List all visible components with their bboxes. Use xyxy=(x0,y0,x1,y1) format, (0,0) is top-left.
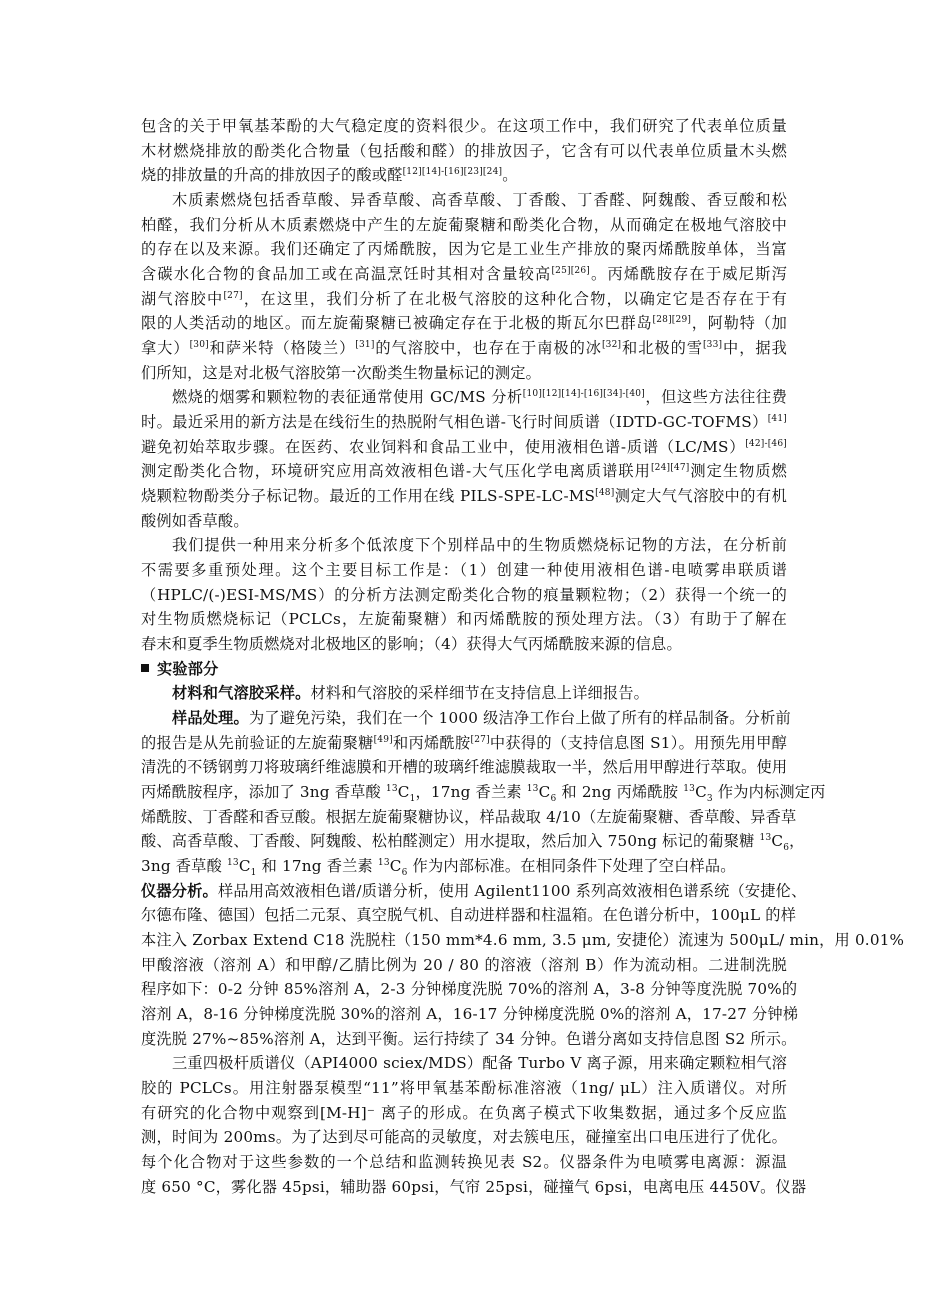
subsection-lead: 样品处理。 xyxy=(172,709,249,727)
citation: [41] xyxy=(768,414,787,424)
text-line: 胶的 PCLCs。用注射器泵模型“11”将甲氧基苯酚标准溶液（1ng/ μL）注… xyxy=(141,1076,787,1100)
subsection-lead: 材料和气溶胶采样。 xyxy=(172,684,311,702)
citation: [25][26] xyxy=(551,266,590,276)
text-line: 溶剂 A，8-16 分钟梯度洗脱 30%的溶剂 A，16-17 分钟梯度洗脱 0… xyxy=(141,1002,787,1026)
text-line: 包含的关于甲氧基苯酚的大气稳定度的资料很少。在这项工作中，我们研究了代表单位质量 xyxy=(141,114,787,138)
text-line: 3ng 香草酸 13C1 和 17ng 香兰素 13C6 作为内部标准。在相同条… xyxy=(141,854,787,878)
text-line: 测，时间为 200ms。为了达到尽可能高的灵敏度，对去簇电压，碰撞室出口电压进行… xyxy=(141,1125,787,1149)
text-line: 度洗脱 27%~85%溶剂 A，达到平衡。运行持续了 34 分钟。色谱分离如支持… xyxy=(141,1027,787,1051)
text-line: 度 650 °C，雾化器 45psi，辅助器 60psi，气帘 25psi，碰撞… xyxy=(141,1175,787,1199)
text-line: 的存在以及来源。我们还确定了丙烯酰胺，因为它是工业生产排放的聚丙烯酰胺单体，当富 xyxy=(141,237,787,261)
text-line: 烧的排放量的升高的排放因子的酸或醛[12][14]-[16][23][24]。 xyxy=(141,163,787,187)
text-line: 春末和夏季生物质燃烧对北极地区的影响；（4）获得大气丙烯酰胺来源的信息。 xyxy=(141,632,787,656)
text-line: 烧颗粒物酚类分子标记物。最近的工作用在线 PILS-SPE-LC-MS[48]测… xyxy=(141,484,787,508)
text-line: 有研究的化合物中观察到[M-H]⁻ 离子的形成。在负离子模式下收集数据，通过多个… xyxy=(141,1101,787,1125)
citation: [30] xyxy=(190,340,209,350)
citation: [32] xyxy=(602,340,621,350)
text-line: 的报告是从先前验证的左旋葡聚糖[49]和丙烯酰胺[27]中获得的（支持信息图 S… xyxy=(141,731,787,755)
text-line: 木质素燃烧包括香草酸、异香草酸、高香草酸、丁香酸、丁香醛、阿魏酸、香豆酸和松 xyxy=(172,188,787,212)
text-line: 清洗的不锈钢剪刀将玻璃纤维滤膜和开槽的玻璃纤维滤膜裁取一半，然后用甲醇进行萃取。… xyxy=(141,755,787,779)
text-line: 我们提供一种用来分析多个低浓度下个别样品中的生物质燃烧标记物的方法，在分析前 xyxy=(172,533,787,557)
text-line: 对生物质燃烧标记（PCLCs，左旋葡聚糖）和丙烯酰胺的预处理方法。（3）有助于了… xyxy=(141,607,787,631)
text-line: 湖气溶胶中[27]，在这里，我们分析了在北极气溶胶的这种化合物，以确定它是否存在… xyxy=(141,287,787,311)
citation: [27] xyxy=(223,291,242,301)
text-line: 三重四极杆质谱仪（API4000 sciex/MDS）配备 Turbo V 离子… xyxy=(172,1051,787,1075)
section-heading: 实验部分 xyxy=(141,657,787,681)
subsection-lead: 仪器分析。 xyxy=(141,882,218,900)
document-page: 包含的关于甲氧基苯酚的大气稳定度的资料很少。在这项工作中，我们研究了代表单位质量… xyxy=(0,0,926,1309)
citation: [10][12][14]-[16][34]-[40] xyxy=(523,389,645,399)
citation: [28][29] xyxy=(653,315,692,325)
text-line: 含碳水化合物的食品加工或在高温烹饪时其相对含量较高[25][26]。丙烯酰胺存在… xyxy=(141,262,787,286)
text-line: 丙烯酰胺程序，添加了 3ng 香草酸 13C1，17ng 香兰素 13C6 和 … xyxy=(141,780,787,804)
text-line: 柏醛，我们分析从木质素燃烧中产生的左旋葡聚糖和酚类化合物，从而确定在极地气溶胶中 xyxy=(141,213,787,237)
text-line: 拿大）[30]和萨米特（格陵兰）[31]的气溶胶中，也存在于南极的冰[32]和北… xyxy=(141,336,787,360)
text-line: 甲酸溶液（溶剂 A）和甲醇/乙腈比例为 20 / 80 的溶液（溶剂 B）作为流… xyxy=(141,953,787,977)
citation: [12][14]-[16][23][24] xyxy=(403,167,503,177)
text-line: 材料和气溶胶采样。材料和气溶胶的采样细节在支持信息上详细报告。 xyxy=(172,681,787,705)
square-bullet-icon xyxy=(141,664,149,672)
text-line: 避免初始萃取步骤。在医药、农业饲料和食品工业中，使用液相色谱-质谱（LC/MS）… xyxy=(141,435,787,459)
text-line: （HPLC/(-)ESI-MS/MS）的分析方法测定酚类化合物的痕量颗粒物；（2… xyxy=(141,583,787,607)
text-line: 仪器分析。样品用高效液相色谱/质谱分析，使用 Agilent1100 系列高效液… xyxy=(141,879,787,903)
citation: [24][47] xyxy=(651,463,690,473)
text-line: 们所知，这是对北极气溶胶第一次酚类生物量标记的测定。 xyxy=(141,361,787,385)
text-line: 木材燃烧排放的酚类化合物量（包括酸和醛）的排放因子，它含有可以代表单位质量木头燃 xyxy=(141,139,787,163)
text-line: 测定酚类化合物，环境研究应用高效液相色谱-大气压化学电离质谱联用[24][47]… xyxy=(141,459,787,483)
text-line: 本注入 Zorbax Extend C18 洗脱柱（150 mm*4.6 mm,… xyxy=(141,928,787,952)
text-line: 每个化合物对于这些参数的一个总结和监测转换见表 S2。仪器条件为电喷雾电离源：源… xyxy=(141,1150,787,1174)
text-line: 样品处理。为了避免污染，我们在一个 1000 级洁净工作台上做了所有的样品制备。… xyxy=(172,706,787,730)
section-heading-text: 实验部分 xyxy=(157,660,219,678)
text-line: 尔德布隆、德国）包括二元泵、真空脱气机、自动进样器和柱温箱。在色谱分析中，100… xyxy=(141,903,787,927)
citation: [42]-[46] xyxy=(745,439,787,449)
text-line: 燃烧的烟雾和颗粒物的表征通常使用 GC/MS 分析[10][12][14]-[1… xyxy=(172,385,787,409)
citation: [31] xyxy=(355,340,374,350)
citation: [27] xyxy=(471,735,490,745)
citation: [49] xyxy=(374,735,393,745)
text-line: 程序如下：0-2 分钟 85%溶剂 A，2-3 分钟梯度洗脱 70%的溶剂 A，… xyxy=(141,977,787,1001)
text-line: 时。最近采用的新方法是在线衍生的热脱附气相色谱-飞行时间质谱（IDTD-GC-T… xyxy=(141,410,787,434)
text-line: 酸例如香草酸。 xyxy=(141,509,787,533)
text-line: 酸、高香草酸、丁香酸、阿魏酸、松柏醛测定）用水提取，然后加入 750ng 标记的… xyxy=(141,829,787,853)
text-line: 烯酰胺、丁香醛和香豆酸。根据左旋葡聚糖协议，样品裁取 4/10（左旋葡聚糖、香草… xyxy=(141,805,787,829)
citation: [33] xyxy=(703,340,722,350)
text-line: 限的人类活动的地区。而左旋葡聚糖已被确定存在于北极的斯瓦尔巴群岛[28][29]… xyxy=(141,311,787,335)
text-line: 不需要多重预处理。这个主要目标工作是：（1）创建一种使用液相色谱-电喷雾串联质谱 xyxy=(141,558,787,582)
citation: [48] xyxy=(595,488,614,498)
